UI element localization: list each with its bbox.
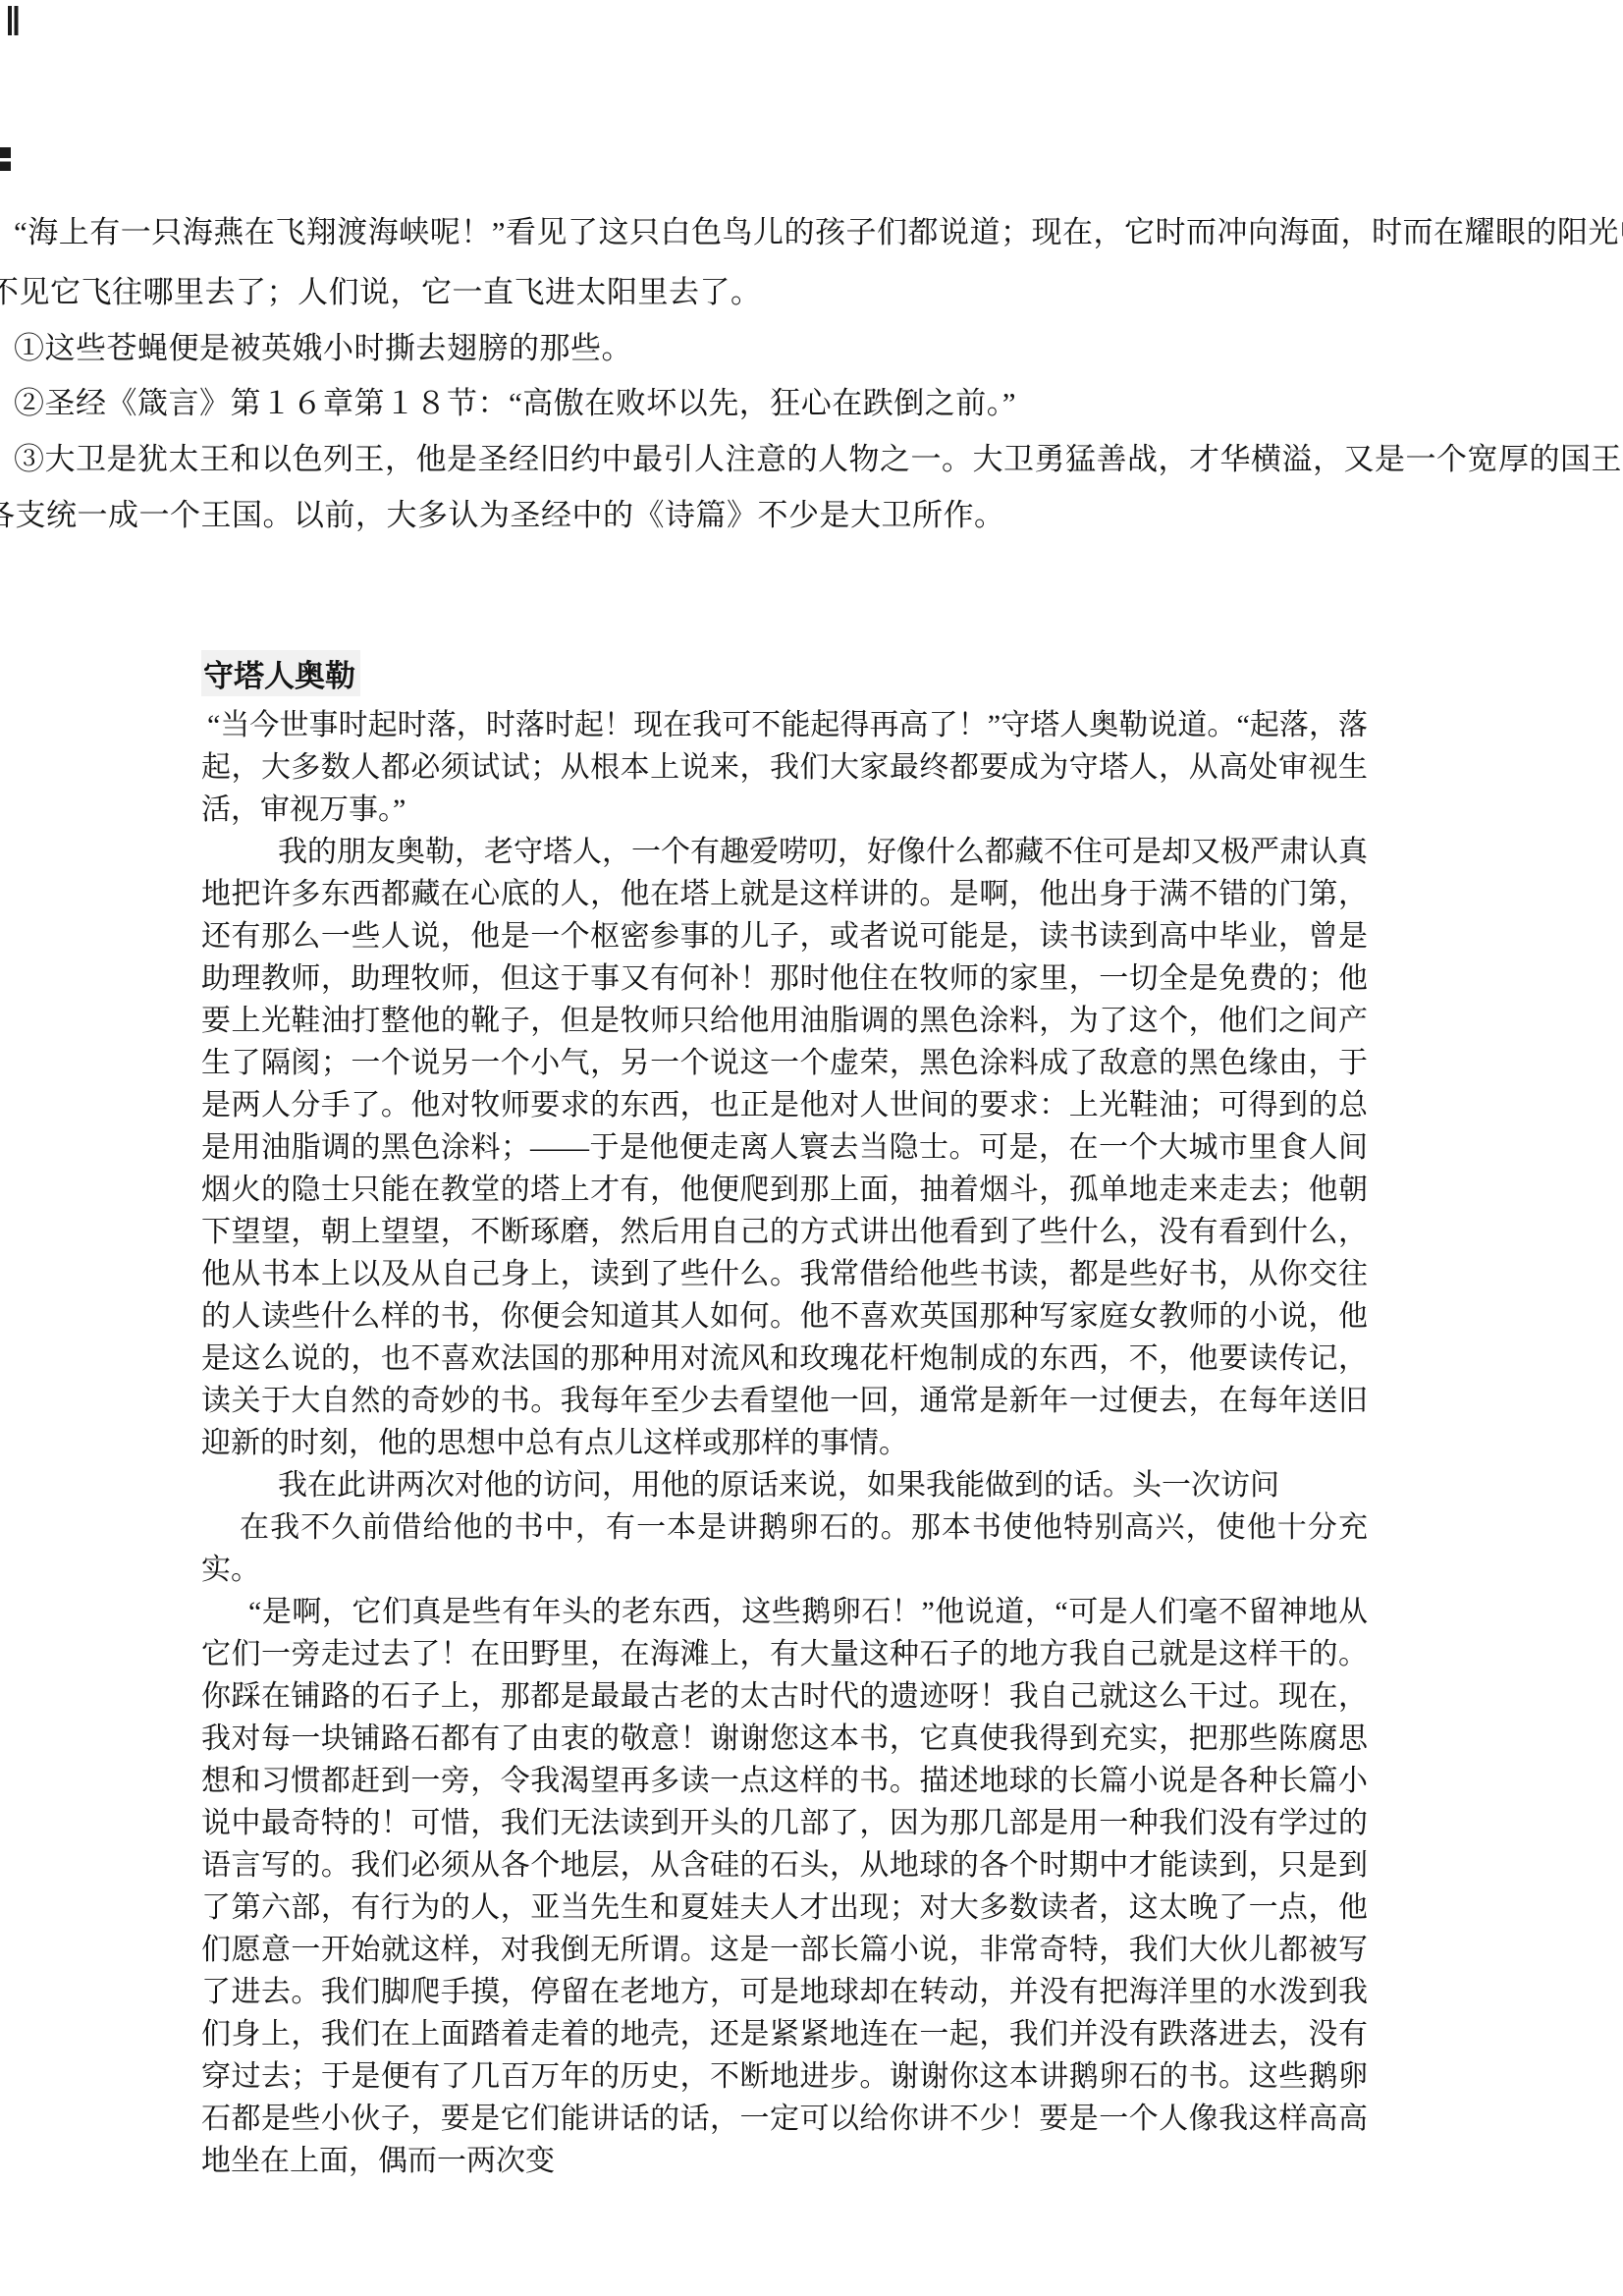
document-page: “海上有一只海燕在飞翔渡海峡呢！”看见了这只白色鸟儿的孩子们都说道；现在，它时而… <box>0 0 1623 2296</box>
clipped-character-fragment <box>0 147 11 171</box>
story-title: 守塔人奥勒 <box>201 650 360 696</box>
story-paragraph-4: 在我不久前借给他的书中，有一本是讲鹅卵石的。那本书使他特别高兴，使他十分充实。 <box>201 1506 1368 1591</box>
story-section: 守塔人奥勒 “当今世事时起时落，时落时起！现在我可不能起得再高了！”守塔人奥勒说… <box>201 650 1368 2182</box>
clipped-character-fragment <box>8 6 22 35</box>
prev-page-text-line: “海上有一只海燕在飞翔渡海峡呢！”看见了这只白色鸟儿的孩子们都说道；现在，它时而… <box>14 216 1623 249</box>
story-paragraph-1: “当今世事时起时落，时落时起！现在我可不能起得再高了！”守塔人奥勒说道。“起落，… <box>201 704 1368 831</box>
footnote-2: ②圣经《箴言》第１６章第１８节：“高傲在败坏以先，狂心在跌倒之前。” <box>14 387 1016 420</box>
story-body: “当今世事时起时落，时落时起！现在我可不能起得再高了！”守塔人奥勒说道。“起落，… <box>201 704 1368 2182</box>
footnote-3-line-1: ③大卫是犹太王和以色列王，他是圣经旧约中最引人注意的人物之一。大卫勇猛善战，才华… <box>14 443 1623 476</box>
story-paragraph-3: 我在此讲两次对他的访问，用他的原话来说，如果我能做到的话。头一次访问 <box>201 1464 1368 1506</box>
footnote-3-line-2: 各支统一成一个王国。以前，大多认为圣经中的《诗篇》不少是大卫所作。 <box>0 499 1005 532</box>
footnote-1: ①这些苍蝇便是被英娥小时撕去翅膀的那些。 <box>14 332 632 365</box>
story-paragraph-2: 我的朋友奥勒，老守塔人，一个有趣爱唠叨，好像什么都藏不住可是却又极严肃认真地把许… <box>201 831 1368 1464</box>
prev-page-text-line: 不见它飞往哪里去了；人们说，它一直飞进太阳里去了。 <box>0 276 762 309</box>
story-paragraph-5: “是啊，它们真是些有年头的老东西，这些鹅卵石！”他说道，“可是人们毫不留神地从它… <box>201 1591 1368 2182</box>
